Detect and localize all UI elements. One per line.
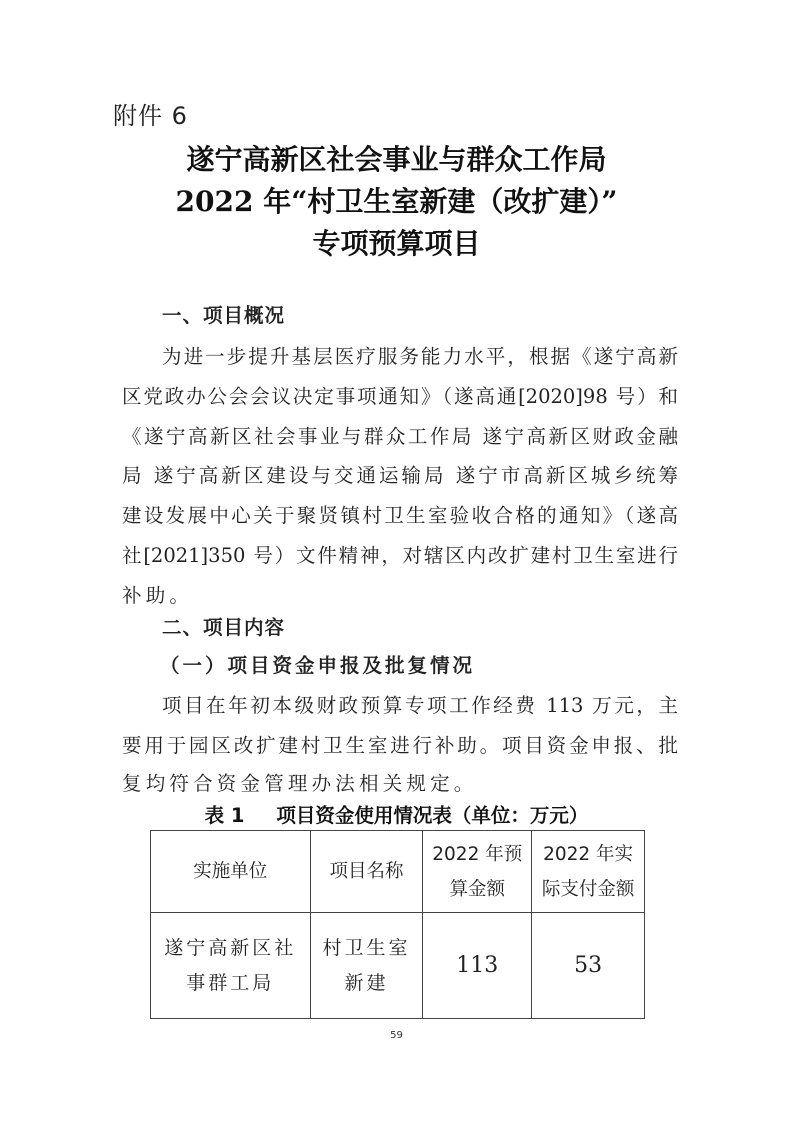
paragraph-line: 社[2021]350 号）文件精神，对辖区内改扩建村卫生室进行 <box>122 540 678 568</box>
paragraph-line: 区党政办公会会议决定事项通知》（遂高通[2020]98 号）和 <box>122 381 678 409</box>
page-number: 59 <box>0 1030 793 1041</box>
header-text-line-2: 算金额 <box>423 872 531 907</box>
cell-text-line-2: 事群工局 <box>151 966 310 1001</box>
cell-text-line-2: 新建 <box>311 966 423 1001</box>
header-text-line-1: 2022 年实 <box>532 837 644 872</box>
table-row: 遂宁高新区社 事群工局 村卫生室 新建 113 53 <box>151 913 645 1019</box>
header-text-line-1: 2022 年预 <box>423 837 531 872</box>
section-1-heading: 一、项目概况 <box>162 300 285 328</box>
cell-text-line-1: 遂宁高新区社 <box>151 931 310 966</box>
cell-unit: 遂宁高新区社 事群工局 <box>151 913 311 1019</box>
header-cell-unit: 实施单位 <box>151 831 311 913</box>
paragraph-line: 《遂宁高新区社会事业与群众工作局 遂宁高新区财政金融 <box>122 421 678 449</box>
table-caption-number: 表 1 <box>205 804 245 827</box>
paragraph-line: 局 遂宁高新区建设与交通运输局 遂宁市高新区城乡统筹 <box>122 460 678 488</box>
subsection-1-heading: （一）项目资金申报及批复情况 <box>160 650 475 678</box>
table-header-row: 实施单位 项目名称 2022 年预 算金额 2022 年实 际支付金额 <box>151 831 645 913</box>
paragraph-line: 建设发展中心关于聚贤镇村卫生室验收合格的通知》（遂高 <box>122 500 678 528</box>
header-text: 项目名称 <box>329 861 403 882</box>
paragraph-line: 复均符合资金管理办法相关规定。 <box>122 768 678 796</box>
header-cell-budget: 2022 年预 算金额 <box>423 831 532 913</box>
header-cell-project-name: 项目名称 <box>310 831 423 913</box>
paragraph-line: 补助。 <box>122 580 678 608</box>
document-title-line-3: 专项预算项目 <box>0 222 793 262</box>
cell-budget: 113 <box>423 913 532 1019</box>
header-cell-actual: 2022 年实 际支付金额 <box>532 831 645 913</box>
table-caption-title: 项目资金使用情况表（单位：万元） <box>276 804 588 827</box>
paragraph-line: 项目在年初本级财政预算专项工作经费 113 万元，主 <box>162 690 678 718</box>
paragraph-line: 为进一步提升基层医疗服务能力水平，根据《遂宁高新 <box>162 341 678 369</box>
table-caption: 表 1项目资金使用情况表（单位：万元） <box>0 800 793 828</box>
header-text: 实施单位 <box>193 861 267 882</box>
fund-usage-table: 实施单位 项目名称 2022 年预 算金额 2022 年实 际支付金额 遂宁高新… <box>150 830 645 1019</box>
cell-actual: 53 <box>532 913 645 1019</box>
header-text-line-2: 际支付金额 <box>532 872 644 907</box>
paragraph-line: 要用于园区改扩建村卫生室进行补助。项目资金申报、批 <box>122 730 678 758</box>
section-2-heading: 二、项目内容 <box>162 612 285 640</box>
document-title-line-1: 遂宁高新区社会事业与群众工作局 <box>0 138 793 178</box>
document-title-line-2: 2022 年“村卫生室新建（改扩建）” <box>0 180 793 220</box>
cell-project-name: 村卫生室 新建 <box>310 913 423 1019</box>
cell-text-line-1: 村卫生室 <box>311 931 423 966</box>
attachment-label: 附件 6 <box>113 96 188 131</box>
